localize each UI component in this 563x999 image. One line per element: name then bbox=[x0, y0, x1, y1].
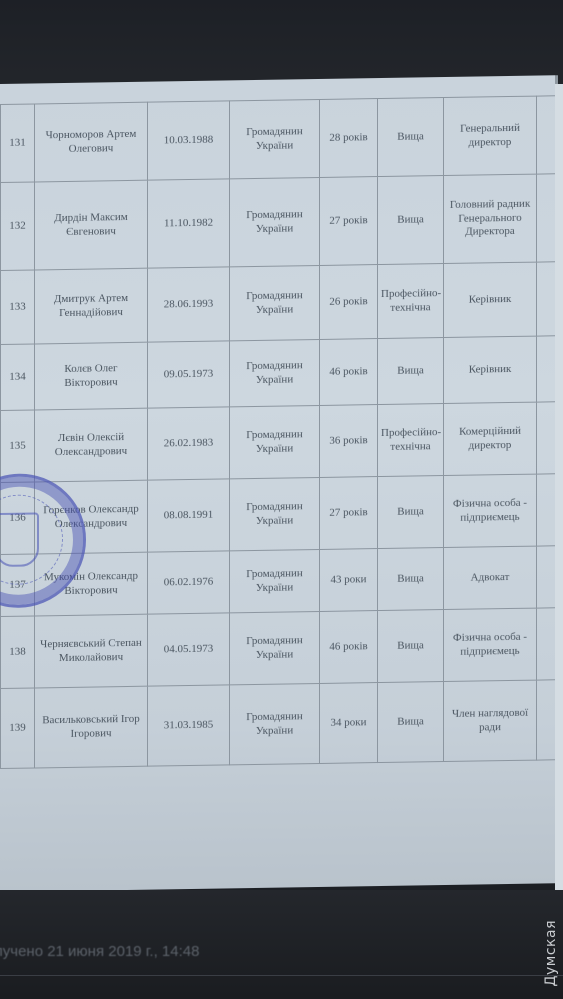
received-timestamp: лучено 21 июня 2019 г., 14:48 bbox=[0, 943, 199, 960]
cell-dob: 31.03.1985 bbox=[148, 685, 230, 766]
cell-dob: 10.03.1988 bbox=[148, 101, 230, 180]
people-table: 131Чорноморов Артем Олегович10.03.1988Гр… bbox=[0, 95, 561, 769]
cell-position: Член наглядової ради bbox=[444, 680, 537, 761]
cell-education: Професійно-технічна bbox=[378, 404, 444, 477]
cell-citizenship: Громадянин України bbox=[230, 265, 320, 340]
cell-age: 27 років bbox=[320, 477, 378, 550]
cell-dob: 04.05.1973 bbox=[148, 613, 230, 686]
cell-position: Комерційний директор bbox=[444, 402, 537, 475]
cell-citizenship: Громадянин України bbox=[230, 405, 320, 478]
cell-age: 36 років bbox=[320, 405, 378, 478]
cell-position: Генеральний директор bbox=[444, 96, 537, 175]
cell-name: Васильковський Ігор Ігорович bbox=[35, 686, 148, 768]
cell-citizenship: Громадянин України bbox=[230, 99, 320, 178]
table-row: 138Черняєвський Степан Миколайович04.05.… bbox=[1, 608, 561, 689]
cell-age: 34 роки bbox=[320, 683, 378, 764]
cell-citizenship: Громадянин України bbox=[230, 477, 320, 550]
cell-education: Вища bbox=[378, 176, 444, 265]
cell-position: Фізична особа - підприємець bbox=[444, 474, 537, 547]
cell-num: 138 bbox=[1, 616, 35, 689]
cell-citizenship: Громадянин України bbox=[230, 683, 320, 764]
cell-education: Вища bbox=[378, 476, 444, 549]
cell-age: 43 роки bbox=[320, 549, 378, 612]
cell-citizenship: Громадянин України bbox=[230, 549, 320, 612]
page-edge bbox=[555, 84, 563, 892]
cell-age: 46 років bbox=[320, 611, 378, 684]
table-row: 135Лєвін Олексій Олександрович26.02.1983… bbox=[1, 402, 561, 483]
cell-num: 133 bbox=[1, 270, 35, 345]
cell-name: Чорноморов Артем Олегович bbox=[35, 102, 148, 182]
cell-citizenship: Громадянин України bbox=[230, 339, 320, 406]
cell-age: 28 років bbox=[320, 99, 378, 178]
cell-dob: 26.02.1983 bbox=[148, 407, 230, 480]
cell-education: Вища bbox=[378, 682, 444, 763]
cell-position: Головний радник Генерального Директора bbox=[444, 174, 537, 263]
table-row: 139Васильковський Ігор Ігорович31.03.198… bbox=[1, 680, 561, 769]
cell-num: 137 bbox=[1, 554, 35, 617]
cell-education: Вища bbox=[378, 610, 444, 683]
cell-name: Дмитрук Артем Геннадійович bbox=[35, 268, 148, 344]
cell-position: Фізична особа - підприємець bbox=[444, 608, 537, 681]
cell-name: Горєнков Олександр Олександрович bbox=[35, 480, 148, 554]
cell-dob: 06.02.1976 bbox=[148, 551, 230, 614]
cell-dob: 08.08.1991 bbox=[148, 479, 230, 552]
divider bbox=[0, 975, 563, 976]
table-row: 137Мукомін Олександр Вікторович06.02.197… bbox=[1, 546, 561, 617]
cell-age: 26 років bbox=[320, 265, 378, 340]
cell-position: Адвокат bbox=[444, 546, 537, 609]
cell-num: 136 bbox=[1, 482, 35, 555]
table-row: 131Чорноморов Артем Олегович10.03.1988Гр… bbox=[1, 96, 561, 183]
cell-education: Професійно-технічна bbox=[378, 264, 444, 339]
watermark-logo: Думская bbox=[543, 920, 559, 986]
table-row: 136Горєнков Олександр Олександрович08.08… bbox=[1, 474, 561, 555]
cell-age: 27 років bbox=[320, 177, 378, 266]
cell-education: Вища bbox=[378, 98, 444, 177]
cell-name: Черняєвський Степан Миколайович bbox=[35, 614, 148, 688]
cell-dob: 11.10.1982 bbox=[148, 179, 230, 268]
cell-citizenship: Громадянин України bbox=[230, 611, 320, 684]
cell-dob: 28.06.1993 bbox=[148, 267, 230, 342]
cell-citizenship: Громадянин України bbox=[230, 177, 320, 266]
cell-num: 132 bbox=[1, 182, 35, 271]
table-row: 134Колєв Олег Вікторович09.05.1973Громад… bbox=[1, 336, 561, 411]
cell-name: Колєв Олег Вікторович bbox=[35, 342, 148, 410]
cell-num: 131 bbox=[1, 104, 35, 183]
cell-age: 46 років bbox=[320, 339, 378, 406]
cell-name: Лєвін Олексій Олександрович bbox=[35, 408, 148, 482]
document-page: 131Чорноморов Артем Олегович10.03.1988Гр… bbox=[0, 75, 558, 892]
table-row: 132Дирдін Максим Євгенович11.10.1982Гром… bbox=[1, 174, 561, 271]
cell-dob: 09.05.1973 bbox=[148, 341, 230, 408]
cell-education: Вища bbox=[378, 548, 444, 611]
cell-name: Мукомін Олександр Вікторович bbox=[35, 552, 148, 616]
cell-position: Керівник bbox=[444, 262, 537, 337]
cell-education: Вища bbox=[378, 338, 444, 405]
cell-num: 134 bbox=[1, 344, 35, 411]
cell-num: 135 bbox=[1, 410, 35, 483]
cell-name: Дирдін Максим Євгенович bbox=[35, 180, 148, 270]
table-row: 133Дмитрук Артем Геннадійович28.06.1993Г… bbox=[1, 262, 561, 345]
cell-position: Керівник bbox=[444, 336, 537, 403]
cell-num: 139 bbox=[1, 688, 35, 769]
